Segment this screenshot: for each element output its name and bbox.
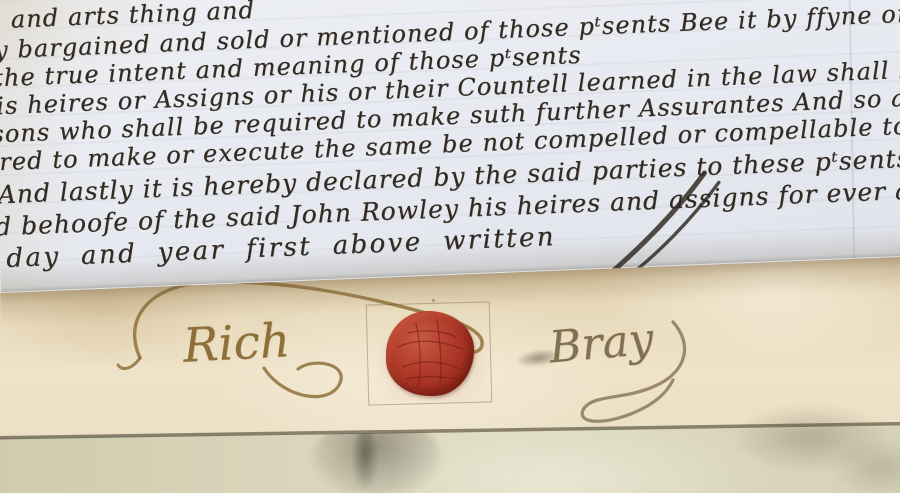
signature-bray: Bray bbox=[547, 314, 656, 374]
table-smudge-streak bbox=[352, 428, 378, 490]
wax-seal-cracks bbox=[386, 311, 474, 396]
deed-photograph: Rich Bray and sold or mentioned be and a… bbox=[0, 0, 900, 493]
fold-smudge bbox=[735, 405, 885, 470]
signature-rich: Rich bbox=[182, 313, 292, 374]
